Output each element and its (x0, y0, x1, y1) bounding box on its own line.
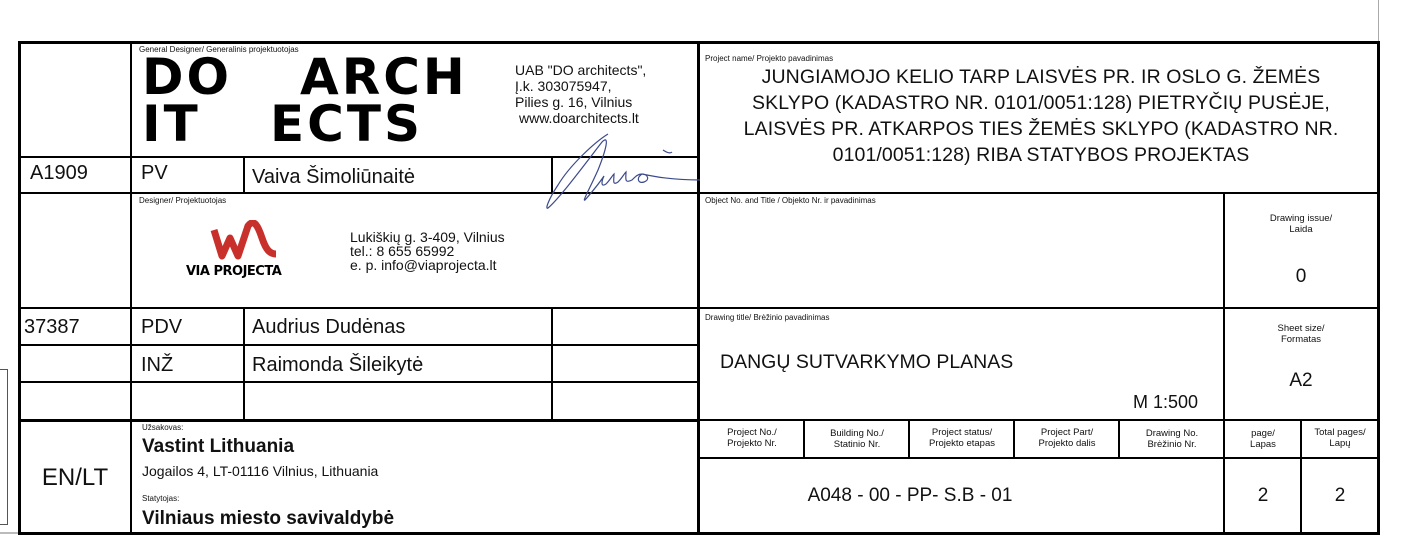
header-line: Lapas (1225, 439, 1301, 450)
divider (551, 307, 553, 420)
header-drawing-no: Drawing No. Brėžinio Nr. (1120, 428, 1224, 450)
divider (243, 156, 245, 193)
company-line: www.doarchitects.lt (506, 110, 646, 126)
drawing-issue-label-line: Drawing issue/ (1225, 213, 1377, 224)
header-line: page/ (1225, 428, 1301, 439)
header-line: Projekto dalis (1015, 438, 1119, 449)
builder-name: Vilniaus miesto savivaldybė (142, 508, 394, 530)
company-line: Pilies g. 16, Vilnius (506, 94, 646, 110)
designer-label: Designer/ Projektuotojas (139, 196, 226, 206)
company-line: UAB "DO architects", (506, 62, 646, 78)
designer-address: Lukiškių g. 3-409, Vilnius (350, 230, 505, 244)
pdv-code: 37387 (24, 316, 80, 339)
header-line: Drawing No. (1120, 428, 1224, 439)
pv-name: Vaiva Šimoliūnaitė (252, 166, 415, 189)
via-projecta-logo-icon (208, 220, 278, 260)
header-line: Projekto etapas (910, 438, 1014, 449)
divider (699, 307, 1380, 309)
project-name-label: Project name/ Projekto pavadinimas (705, 54, 833, 64)
client-label: Užsakovas: (142, 423, 183, 433)
builder-label: Statytojas: (142, 494, 179, 504)
inz-role: INŽ (141, 354, 173, 377)
divider (699, 419, 1380, 421)
header-line: Statinio Nr. (805, 439, 909, 450)
header-line: Projekto Nr. (700, 438, 804, 449)
project-name-line: 0101/0051:128) RIBA STATYBOS PROJEKTAS (705, 142, 1377, 168)
do-architects-logo-it: IT (142, 101, 201, 147)
pdv-role: PDV (141, 316, 182, 339)
total-pages: 2 (1302, 485, 1378, 507)
signature-icon (540, 130, 720, 220)
pv-code: A1909 (30, 162, 88, 185)
designer-phone: tel.: 8 655 65992 (350, 244, 505, 258)
sheet-size-label: Sheet size/ Formatas (1225, 323, 1377, 345)
sheet-size-label-line: Sheet size/ (1225, 323, 1377, 334)
drawing-scale: M 1:500 (1133, 392, 1198, 413)
divider (19, 381, 699, 383)
drawing-code: A048 - 00 - PP- S.B - 01 (700, 485, 1120, 507)
header-total-pages: Total pages/ Lapų (1302, 427, 1378, 449)
designer-contact: Lukiškių g. 3-409, Vilnius tel.: 8 655 6… (350, 230, 505, 272)
client-address: Jogailos 4, LT-01116 Vilnius, Lithuania (142, 463, 378, 479)
project-name-line: SKLYPO (KADASTRO NR. 0101/0051:128) PIET… (705, 90, 1377, 116)
header-line: Building No./ (805, 428, 909, 439)
header-project-status: Project status/ Projekto etapas (910, 427, 1014, 449)
pdv-name: Audrius Dudėnas (252, 316, 405, 339)
project-name-line: JUNGIAMOJO KELIO TARP LAISVĖS PR. IR OSL… (705, 64, 1377, 90)
header-line: Lapų (1302, 438, 1378, 449)
header-line: Project Part/ (1015, 427, 1119, 438)
divider (243, 307, 245, 420)
do-architects-logo-ects: ECTS (270, 101, 423, 147)
page-number: 2 (1225, 485, 1301, 507)
drawing-issue-label: Drawing issue/ Laida (1225, 213, 1377, 235)
divider (19, 344, 699, 346)
do-architects-logo-do: DO (142, 54, 232, 100)
header-building-no: Building No./ Statinio Nr. (805, 428, 909, 450)
header-project-no: Project No./ Projekto Nr. (700, 427, 804, 449)
divider (699, 457, 1380, 459)
header-page: page/ Lapas (1225, 428, 1301, 450)
drawing-issue-value: 0 (1225, 266, 1377, 288)
drawing-title-label: Drawing title/ Brėžinio pavadinimas (705, 313, 830, 323)
object-label: Object No. and Title / Objekto Nr. ir pa… (705, 196, 876, 206)
border-right (1377, 41, 1380, 535)
via-projecta-logo-text: VIA PROJECTA (186, 264, 281, 279)
general-designer-company: UAB "DO architects", Į.k. 303075947, Pil… (506, 62, 646, 126)
divider (19, 307, 699, 309)
sheet-size-value: A2 (1225, 370, 1377, 392)
title-block: General Designer/ Generalinis projektuot… (0, 0, 1406, 559)
drawing-issue-label-line: Laida (1225, 224, 1377, 235)
designer-email: e. p. info@viaprojecta.lt (350, 258, 505, 272)
sheet-size-label-line: Formatas (1225, 334, 1377, 345)
header-line: Project No./ (700, 427, 804, 438)
divider (697, 41, 700, 535)
language-code: EN/LT (19, 422, 131, 533)
inz-name: Raimonda Šileikytė (252, 354, 423, 377)
header-project-part: Project Part/ Projekto dalis (1015, 427, 1119, 449)
project-name-line: LAISVĖS PR. ATKARPOS TIES ŽEMĖS SKLYPO (… (705, 116, 1377, 142)
header-line: Project status/ (910, 427, 1014, 438)
header-line: Total pages/ (1302, 427, 1378, 438)
client-name: Vastint Lithuania (142, 436, 294, 458)
company-line: Į.k. 303075947, (506, 78, 646, 94)
project-name: JUNGIAMOJO KELIO TARP LAISVĖS PR. IR OSL… (705, 64, 1377, 168)
header-line: Brėžinio Nr. (1120, 439, 1224, 450)
drawing-title: DANGŲ SUTVARKYMO PLANAS (720, 351, 1013, 374)
pv-role: PV (141, 162, 168, 185)
do-architects-logo-arch: ARCH (300, 54, 468, 100)
